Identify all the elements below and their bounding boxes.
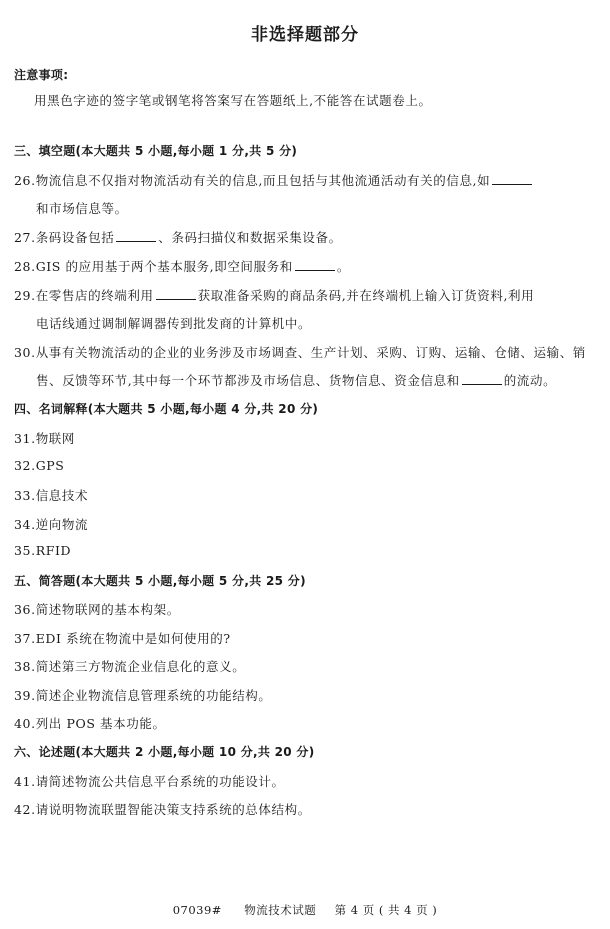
question-number: 40. [14, 716, 36, 731]
section-heading-fill-in: 三、填空题(本大题共 5 小题,每小题 1 分,共 5 分) [14, 142, 297, 159]
question-number: 30. [14, 345, 36, 360]
notice-heading: 注意事项: [14, 66, 68, 83]
question-number: 26. [14, 173, 36, 188]
question-number: 38. [14, 659, 36, 674]
question-41: 41.请简述物流公共信息平台系统的功能设计。 [14, 772, 285, 790]
question-40: 40.列出 POS 基本功能。 [14, 714, 166, 732]
notice-text: 用黑色字迹的签字笔或钢笔将答案写在答题纸上,不能答在试题卷上。 [34, 91, 432, 109]
question-35: 35.RFID [14, 543, 71, 558]
answer-blank [295, 258, 335, 271]
page-title: 非选择题部分 [0, 20, 610, 45]
question-number: 41. [14, 774, 36, 789]
question-text: EDI 系统在物流中是如何使用的? [36, 631, 231, 646]
question-31: 31.物联网 [14, 429, 75, 447]
question-text: 信息技术 [36, 488, 88, 503]
question-32: 32.GPS [14, 458, 64, 473]
question-text: 列出 POS 基本功能。 [36, 716, 166, 731]
question-number: 37. [14, 631, 36, 646]
question-number: 39. [14, 688, 36, 703]
question-text: 在零售店的终端利用 [36, 288, 154, 303]
question-text: 物联网 [36, 431, 75, 446]
question-number: 42. [14, 802, 36, 817]
question-42: 42.请说明物流联盟智能决策支持系统的总体结构。 [14, 800, 311, 818]
question-number: 32. [14, 458, 36, 473]
question-text-after: 获取准备采购的商品条码,并在终端机上输入订货资料,利用 [198, 288, 535, 303]
question-28: 28.GIS 的应用基于两个基本服务,即空间服务和。 [14, 257, 350, 275]
question-text: 请说明物流联盟智能决策支持系统的总体结构。 [36, 802, 311, 817]
answer-blank [492, 172, 532, 185]
question-29-continuation: 电话线通过调制解调器传到批发商的计算机中。 [36, 314, 311, 332]
question-26: 26.物流信息不仅指对物流活动有关的信息,而且包括与其他流通活动有关的信息,如 [14, 171, 534, 189]
question-number: 28. [14, 259, 36, 274]
section-heading-short-answer: 五、简答题(本大题共 5 小题,每小题 5 分,共 25 分) [14, 572, 306, 589]
answer-blank [462, 372, 502, 385]
question-text: 逆向物流 [36, 517, 88, 532]
question-30: 30.从事有关物流活动的企业的业务涉及市场调查、生产计划、采购、订购、运输、仓储… [14, 343, 586, 361]
answer-blank [156, 287, 196, 300]
question-number: 35. [14, 543, 36, 558]
exam-code: 07039# [173, 903, 222, 917]
question-number: 33. [14, 488, 36, 503]
page-footer: 07039# 物流技术试题 第 4 页 ( 共 4 页 ) [0, 902, 610, 918]
subject-name: 物流技术试题 [244, 903, 316, 917]
answer-blank [116, 229, 156, 242]
question-number: 36. [14, 602, 36, 617]
question-text: 物流信息不仅指对物流活动有关的信息,而且包括与其他流通活动有关的信息,如 [36, 173, 491, 188]
exam-page: 非选择题部分 注意事项: 用黑色字迹的签字笔或钢笔将答案写在答题纸上,不能答在试… [0, 0, 610, 929]
page-number: 第 4 页 ( 共 4 页 ) [335, 903, 438, 917]
question-number: 31. [14, 431, 36, 446]
question-text: 请简述物流公共信息平台系统的功能设计。 [36, 774, 285, 789]
question-number: 27. [14, 230, 36, 245]
question-30-continuation: 售、反馈等环节,其中每一个环节都涉及市场信息、货物信息、资金信息和的流动。 [36, 371, 556, 389]
question-text: GPS [36, 458, 65, 473]
question-39: 39.简述企业物流信息管理系统的功能结构。 [14, 686, 272, 704]
question-text-after: 的流动。 [504, 373, 556, 388]
question-34: 34.逆向物流 [14, 515, 88, 533]
question-text: 简述第三方物流企业信息化的意义。 [36, 659, 246, 674]
question-26-continuation: 和市场信息等。 [36, 199, 128, 217]
question-27: 27.条码设备包括、条码扫描仪和数据采集设备。 [14, 228, 342, 246]
question-33: 33.信息技术 [14, 486, 88, 504]
question-38: 38.简述第三方物流企业信息化的意义。 [14, 657, 245, 675]
question-number: 34. [14, 517, 36, 532]
question-text: RFID [36, 543, 71, 558]
question-text: 条码设备包括 [36, 230, 115, 245]
question-text-after: 、条码扫描仪和数据采集设备。 [158, 230, 341, 245]
question-text: 从事有关物流活动的企业的业务涉及市场调查、生产计划、采购、订购、运输、仓储、运输… [36, 345, 586, 360]
question-text: 简述物联网的基本构架。 [36, 602, 180, 617]
question-text: GIS 的应用基于两个基本服务,即空间服务和 [36, 259, 293, 274]
question-text-after: 。 [337, 259, 350, 274]
question-text: 简述企业物流信息管理系统的功能结构。 [36, 688, 272, 703]
question-37: 37.EDI 系统在物流中是如何使用的? [14, 629, 231, 647]
question-36: 36.简述物联网的基本构架。 [14, 600, 180, 618]
question-text: 售、反馈等环节,其中每一个环节都涉及市场信息、货物信息、资金信息和 [36, 373, 460, 388]
section-heading-definitions: 四、名词解释(本大题共 5 小题,每小题 4 分,共 20 分) [14, 400, 318, 417]
question-number: 29. [14, 288, 36, 303]
question-29: 29.在零售店的终端利用获取准备采购的商品条码,并在终端机上输入订货资料,利用 [14, 286, 534, 304]
section-heading-essay: 六、论述题(本大题共 2 小题,每小题 10 分,共 20 分) [14, 743, 315, 760]
